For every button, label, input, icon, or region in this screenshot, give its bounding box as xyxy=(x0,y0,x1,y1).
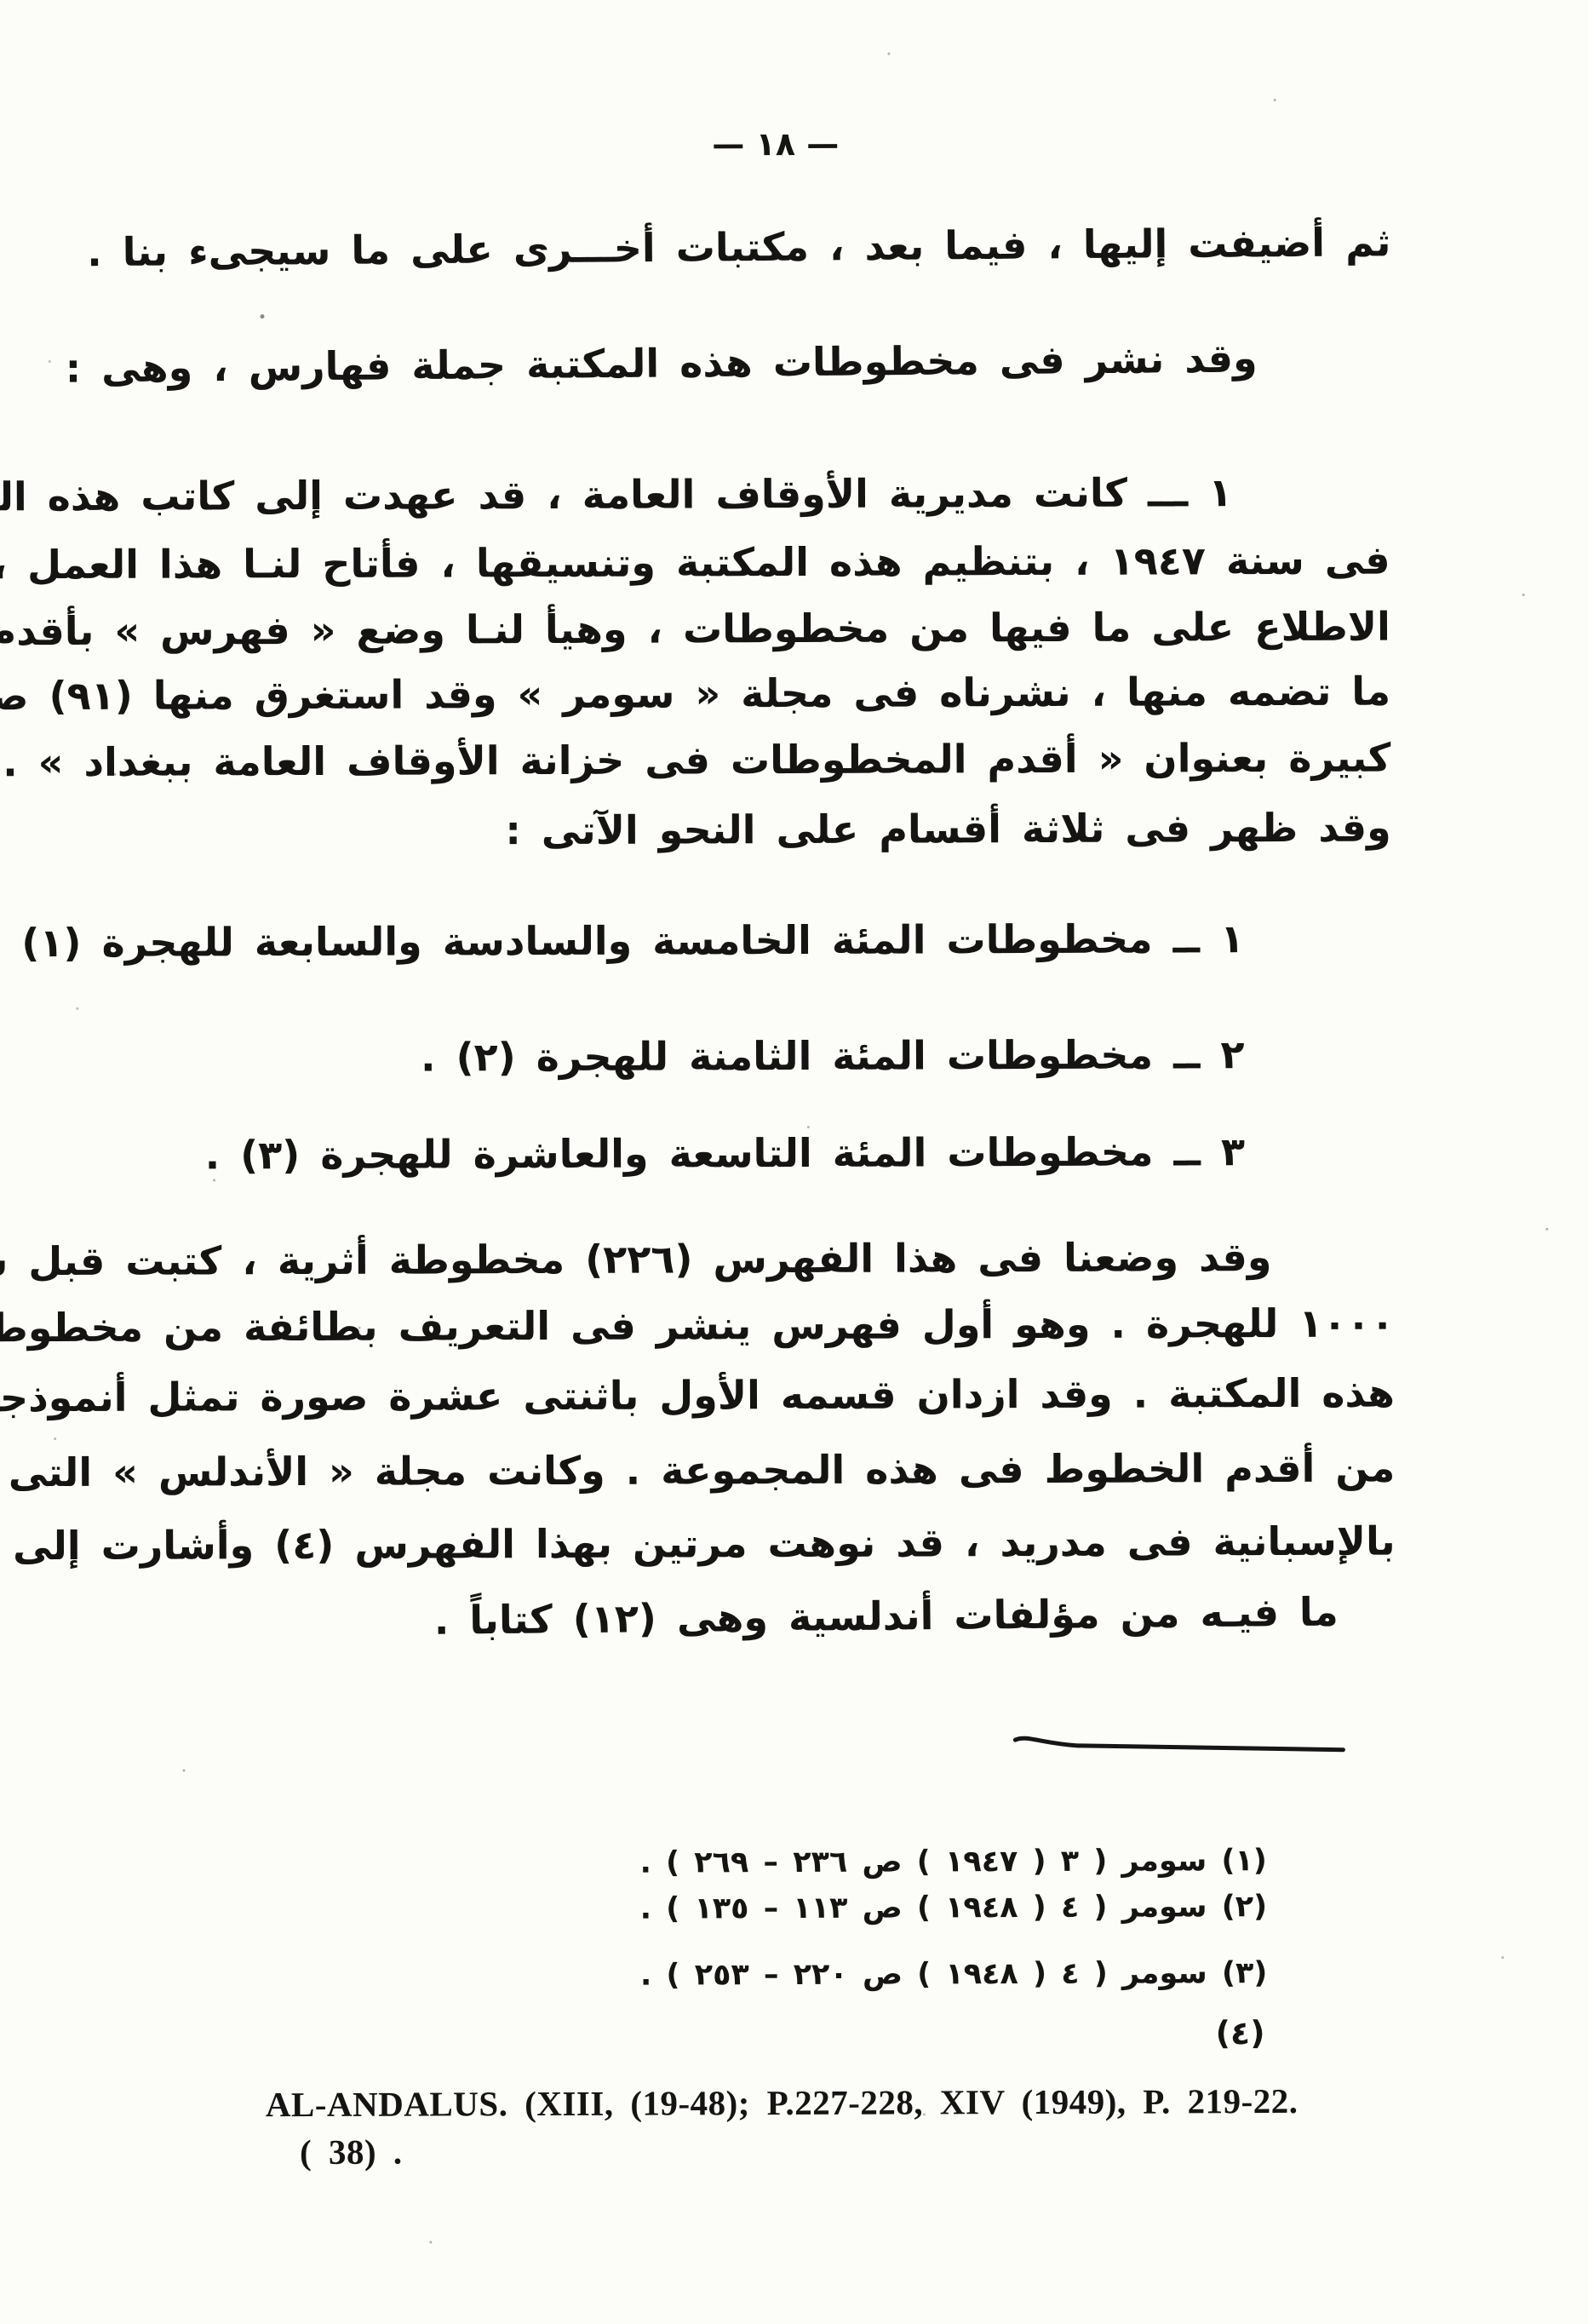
footnote-2: (٢) سومر ( ٤ ( ١٩٤٨ ) ص ١١٣ – ١٣٥ ) . xyxy=(640,1889,1267,1928)
scanned-book-page: — ١٨ — ثم أضيفت إليها ، فيما بعد ، مكتبا… xyxy=(0,0,1588,2324)
paragraph-3-line-2: فى سنة ١٩٤٧ ، بتنظيم هذه المكتبة وتنسيقه… xyxy=(0,537,1390,590)
page-number: — ١٨ — xyxy=(669,124,882,165)
paragraph-3-line-1: ١ ـــ كانت مديرية الأوقاف العامة ، قد عه… xyxy=(0,468,1232,522)
footnote-4-marker: (٤) xyxy=(1216,2013,1265,2054)
page-content: — ١٨ — ثم أضيفت إليها ، فيما بعد ، مكتبا… xyxy=(0,0,1588,2324)
footnote-separator-rule xyxy=(1011,1729,1347,1759)
paragraph-4-line-4: من أقدم الخطوط فى هذه المجموعة . وكانت م… xyxy=(0,1444,1395,1499)
paragraph-3-line-6: وقد ظهر فى ثلاثة أقسام على النحو الآتى : xyxy=(505,804,1390,856)
footnote-4-latin-citation-line-2: ( 38) . xyxy=(300,2131,403,2175)
paragraph-3-line-5: كبيرة بعنوان « أقدم المخطوطات فى خزانة ا… xyxy=(3,734,1390,788)
paragraph-1-line-1: ثم أضيفت إليها ، فيما بعد ، مكتبات أخـــ… xyxy=(87,218,1391,278)
paragraph-2-line-1: وقد نشر فى مخطوطات هذه المكتبة جملة فهار… xyxy=(66,334,1258,393)
footnote-1: (١) سومر ( ٣ ( ١٩٤٧ ) ص ٢٣٦ – ٢٦٩ ) . xyxy=(639,1843,1266,1882)
paragraph-3-line-3: الاطلاع على ما فيها من مخطوطات ، وهيأ لن… xyxy=(0,603,1390,657)
paragraph-3-line-4: ما تضمه منها ، نشرناه فى مجلة « سومر » و… xyxy=(0,668,1390,722)
paragraph-4-line-3: هذه المكتبة . وقد ازدان قسمه الأول باثنت… xyxy=(0,1369,1395,1423)
list-item-3: ٣ ــ مخطوطات المئة التاسعة والعاشرة للهج… xyxy=(205,1128,1246,1180)
paragraph-4-line-5: بالإسبانية فى مدريد ، قد نوهت مرتين بهذا… xyxy=(13,1518,1396,1571)
paragraph-4-line-1: وقد وضعنا فى هذا الفهرس (٢٢٦) مخطوطة أثر… xyxy=(0,1233,1271,1287)
footnote-4-latin-citation-line-1: AL-ANDALUS. (XIII, (19-48); P.227-228, X… xyxy=(266,2080,1298,2126)
footnote-3: (٣) سومر ( ٤ ( ١٩٤٨ ) ص ٢٢٠ – ٢٥٣ ) . xyxy=(640,1955,1267,1994)
paragraph-4-line-2: ١٠٠٠ للهجرة . وهو أول فهرس ينشر فى التعر… xyxy=(0,1300,1395,1353)
list-item-2: ٢ ــ مخطوطات المئة الثامنة للهجرة (٢) . xyxy=(421,1030,1245,1082)
list-item-1: ١ ــ مخطوطات المئة الخامسة والسادسة والس… xyxy=(0,915,1244,968)
paragraph-4-line-6: ما فيـه من مؤلفات أندلسية وهى (١٢) كتابا… xyxy=(434,1588,1339,1646)
